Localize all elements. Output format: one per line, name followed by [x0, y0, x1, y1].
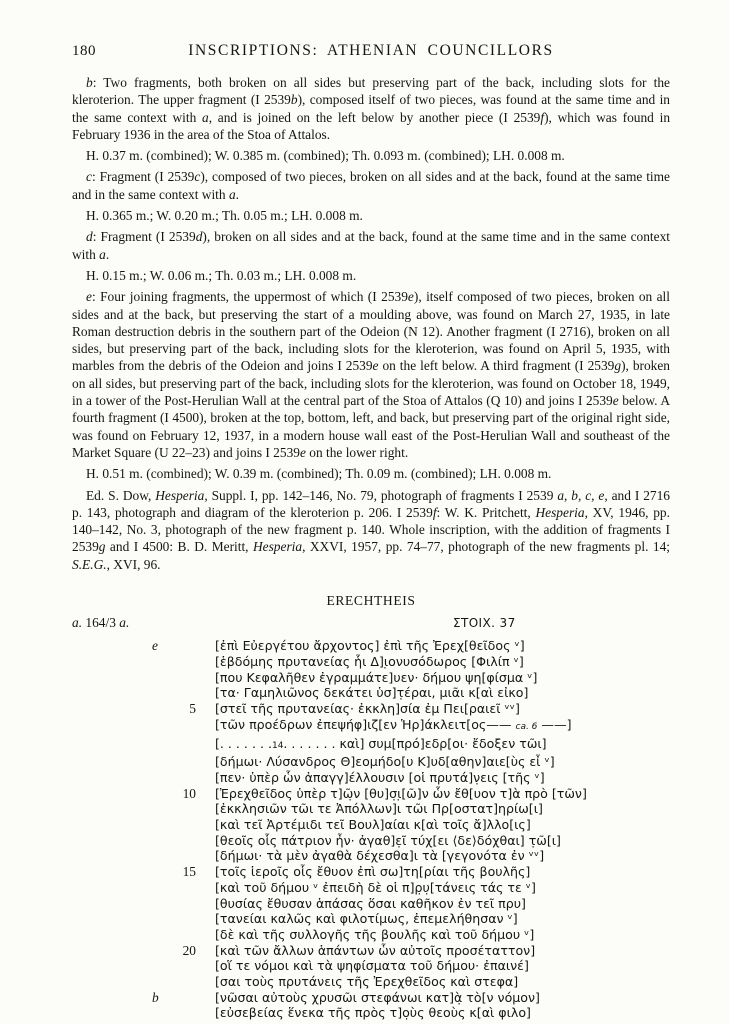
- greek-line-text: [νῶσαι αὐτοὺς χρυσῶι στεφάνωι κατ]ὰ̣ τὸ[…: [215, 990, 540, 1005]
- text-segment: on the left below. A third fragment (I 2…: [379, 358, 615, 373]
- line-number: 15: [158, 864, 196, 880]
- line-number: 20: [158, 943, 196, 959]
- text-segment: b: [86, 75, 93, 90]
- text-segment: : Fragment (I 2539: [93, 229, 196, 244]
- greek-line-text: [τῶν προέδρων ἐπεψήφ]ιζ[εν Ἡρ]άκλειτ[ος—…: [215, 717, 572, 732]
- greek-line: [θεοῖς οἷς πάτριον ἦν· ἀγαθ]ε̣ῖ τύχ[ει ⟨…: [72, 833, 670, 849]
- text-segment: : Fragment (I 2539: [92, 169, 194, 184]
- greek-line: [ἐκκλησιῶν τῶι τε Ἀπόλλων]ι τῶι Πρ[οστατ…: [72, 801, 670, 817]
- text-segment: Hesperia: [535, 505, 584, 520]
- greek-line: [εὐσεβείας ἕνεκα τῆς πρὸς τ]ο̣ὺς θεοὺς κ…: [72, 1005, 670, 1021]
- fragment-e-dimensions: H. 0.51 m. (combined); W. 0.39 m. (combi…: [72, 465, 670, 482]
- fragment-d-dimensions: H. 0.15 m.; W. 0.06 m.; Th. 0.03 m.; LH.…: [72, 267, 670, 284]
- greek-line: 10[Ἐρεχθεῖδος ὑπὲρ τ]ῶ̣ν [θυ]σ̣ι̣[ῶ]ν ὧν…: [72, 786, 670, 802]
- text-segment: a, b, c, e: [557, 488, 604, 503]
- text-segment: [τῶν προέδρων ἐπεψήφ]ιζ[εν Ἡρ]άκλειτ[ος—…: [215, 717, 516, 732]
- greek-line-text: [ἐπὶ Εὐεργέτου ἄρχοντος] ἐπὶ τῆς Ἐρεχ[θε…: [215, 638, 525, 653]
- greek-line: e[ἐπὶ Εὐεργέτου ἄρχοντος] ἐπὶ τῆς Ἐρεχ[θ…: [72, 638, 670, 654]
- greek-line: [καὶ τεῖ Ἀρτέμιδι τεῖ Βουλ]αίαι κ[αὶ τοῖ…: [72, 817, 670, 833]
- greek-line-text: [οἵ τε νόμοι καὶ τὰ ψηφίσματα τοῦ δήμου·…: [215, 958, 529, 973]
- greek-line: [οἵ τε νόμοι καὶ τὰ ψηφίσματα τοῦ δήμου·…: [72, 958, 670, 974]
- inscription-meta-row: a. 164/3 a. ΣΤΟΙΧ. 37: [72, 614, 670, 631]
- greek-line-text: [θεοῖς οἷς πάτριον ἦν· ἀγαθ]ε̣ῖ τύχ[ει ⟨…: [215, 833, 561, 848]
- greek-line: [δὲ καὶ τῆς συλλογῆς τῆς βουλῆς καὶ τοῦ …: [72, 927, 670, 943]
- text-segment: ca. 6: [516, 722, 538, 732]
- greek-line: [ἑβδόμης πρυτανείας ἧι Δ]ι̣ονυσόδωρος [Φ…: [72, 654, 670, 670]
- greek-text-block: e[ἐπὶ Εὐεργέτου ἄρχοντος] ἐπὶ τῆς Ἐρεχ[θ…: [72, 638, 670, 1021]
- text-segment: a.: [119, 615, 129, 630]
- greek-line: [δήμωι· τὰ μὲν ἀγαθὰ δέχεσθα]ι τὰ [γεγον…: [72, 848, 670, 864]
- greek-line: [σαι τοὺς πρυτάνεις τῆς Ἐρεχθεῖδος καὶ σ…: [72, 974, 670, 990]
- fragment-b-description: b: Two fragments, both broken on all sid…: [72, 74, 670, 143]
- line-number: 10: [158, 786, 196, 802]
- text-segment: .: [106, 247, 109, 262]
- text-segment: b: [291, 92, 298, 107]
- text-segment: , XVI, 96.: [107, 557, 161, 572]
- greek-line-text: [που Κεφαλῆθεν ἐγραμμάτε]υεν· δήμου ψη[φ…: [215, 670, 537, 685]
- greek-line: [θυσίας ἔθυσαν ἁπάσας ὅσαι καθῆκον ἐν τε…: [72, 896, 670, 912]
- greek-line: 20[καὶ τῶν ἄλλων ἁπάντων ὧν αὐτοῖς προσέ…: [72, 943, 670, 959]
- text-segment: : Four joining fragments, the uppermost …: [92, 289, 408, 304]
- greek-line: 5[στεῖ τῆς πρυτανείας· ἐκκλη]σία ἐμ Πει[…: [72, 701, 670, 717]
- greek-line: [τα· Γαμηλιῶνος δεκάτει ὑσ]τ̣έραι, μιᾶι …: [72, 685, 670, 701]
- greek-line-text: [ἑβδόμης πρυτανείας ἧι Δ]ι̣ονυσόδωρος [Φ…: [215, 654, 524, 669]
- greek-line-text: [ἐκκλησιῶν τῶι τε Ἀπόλλων]ι τῶι Πρ[οστατ…: [215, 801, 543, 816]
- greek-line-text: [. . . . . . .14. . . . . . . καὶ] συμ[π…: [215, 736, 547, 751]
- greek-line: b[νῶσαι αὐτοὺς χρυσῶι στεφάνωι κατ]ὰ̣ τὸ…: [72, 990, 670, 1006]
- text-segment: .: [236, 187, 239, 202]
- text-segment: , Suppl. I, pp. 142–146, No. 79, photogr…: [204, 488, 557, 503]
- greek-line-text: [δήμωι· τὰ μὲν ἀγαθὰ δέχεσθα]ι τὰ [γεγον…: [215, 848, 544, 863]
- fragment-marker: e: [152, 638, 158, 654]
- greek-line-text: [καὶ τοῦ δήμου ᵛ ἐπειδὴ δὲ οἱ π]ρ̣υ̣[τάν…: [215, 880, 536, 895]
- greek-line-text: [καὶ τεῖ Ἀρτέμιδι τεῖ Βουλ]αίαι κ[αὶ τοῖ…: [215, 817, 531, 832]
- greek-line: [τῶν προέδρων ἐπεψήφ]ιζ[εν Ἡρ]άκλειτ[ος—…: [72, 717, 670, 736]
- text-segment: and I 4500: B. D. Meritt,: [105, 539, 253, 554]
- greek-line-text: [δὲ καὶ τῆς συλλογῆς τῆς βουλῆς καὶ τοῦ …: [215, 927, 534, 942]
- greek-line-text: [δήμωι· Λύσανδρος Θ]εομήδο[υ Κ]υδ[αθην]α…: [215, 754, 555, 769]
- text-segment: ——]: [537, 717, 571, 732]
- greek-line-text: [θυσίας ἔθυσαν ἁπάσας ὅσαι καθῆκον ἐν τε…: [215, 896, 526, 911]
- fragment-b-dimensions: H. 0.37 m. (combined); W. 0.385 m. (comb…: [72, 147, 670, 164]
- greek-line-text: [τανείαι καλῶς καὶ φιλοτίμως, ἐπεμελήθησ…: [215, 911, 518, 926]
- greek-line-text: [στεῖ τῆς πρυτανείας· ἐκκλη]σία ἐμ Πει[ρ…: [215, 701, 520, 716]
- text-segment: Hesperia: [253, 539, 302, 554]
- text-segment: a.: [72, 615, 82, 630]
- fragment-d-description: d: Fragment (I 2539d), broken on all sid…: [72, 228, 670, 263]
- text-segment: , and is joined on the left below by ano…: [209, 110, 541, 125]
- line-number: 5: [158, 701, 196, 717]
- running-header: INSCRIPTIONS: ATHENIAN COUNCILLORS: [72, 42, 670, 60]
- fragment-e-description: e: Four joining fragments, the uppermost…: [72, 288, 670, 461]
- text-segment: 164/3: [82, 615, 119, 630]
- fragment-marker: b: [152, 990, 159, 1006]
- text-segment: Ed. S. Dow,: [86, 488, 155, 503]
- fragment-c-dimensions: H. 0.365 m.; W. 0.20 m.; Th. 0.05 m.; LH…: [72, 207, 670, 224]
- greek-line: [που Κεφαλῆθεν ἐγραμμάτε]υεν· δήμου ψη[φ…: [72, 670, 670, 686]
- edition-note: Ed. S. Dow, Hesperia, Suppl. I, pp. 142–…: [72, 487, 670, 573]
- greek-line: [πεν· ὑπὲρ ὧν ἀπαγγ]έλλουσιν [οἱ πρυτά]ν…: [72, 770, 670, 786]
- greek-line-text: [Ἐρεχθεῖδος ὑπὲρ τ]ῶ̣ν [θυ]σ̣ι̣[ῶ]ν ὧν ἔ…: [215, 786, 587, 801]
- text-segment: S.E.G.: [72, 557, 107, 572]
- page: 180 INSCRIPTIONS: ATHENIAN COUNCILLORS b…: [0, 0, 729, 1024]
- greek-line-text: [καὶ τῶν ἄλλων ἁπάντων ὧν αὐτοῖς προσέτα…: [215, 943, 535, 958]
- page-header: 180 INSCRIPTIONS: ATHENIAN COUNCILLORS: [72, 42, 670, 62]
- text-segment: [. . . . . . .: [215, 736, 272, 751]
- date-label: a. 164/3 a.: [72, 615, 129, 630]
- greek-line: 15[τοῖς ἱεροῖς οἷς ἔθυον ἐπὶ σω]τη[ρίαι …: [72, 864, 670, 880]
- inscription-heading: ERECHTHEIS: [72, 592, 670, 609]
- text-segment: : W. K. Pritchett,: [437, 505, 536, 520]
- text-segment: d: [86, 229, 93, 244]
- greek-line-text: [πεν· ὑπὲρ ὧν ἀπαγγ]έλλουσιν [οἱ πρυτά]ν…: [215, 770, 545, 785]
- greek-line-text: [σαι τοὺς πρυτάνεις τῆς Ἐρεχθεῖδος καὶ σ…: [215, 974, 518, 989]
- text-segment: a: [202, 110, 209, 125]
- text-segment: Hesperia: [155, 488, 204, 503]
- page-number: 180: [72, 43, 96, 60]
- greek-line: [δήμωι· Λύσανδρος Θ]εομήδο[υ Κ]υδ[αθην]α…: [72, 754, 670, 770]
- text-segment: , XXVI, 1957, pp. 74–77, photograph of t…: [302, 539, 670, 554]
- text-segment: . . . . . . . καὶ] συμ[πρό]εδρ[οι· ἔδοξε…: [283, 736, 546, 751]
- greek-line: [. . . . . . .14. . . . . . . καὶ] συμ[π…: [72, 736, 670, 755]
- greek-line-text: [τοῖς ἱεροῖς οἷς ἔθυον ἐπὶ σω]τη[ρίαι τῆ…: [215, 864, 530, 879]
- stoichedon-label: ΣΤΟΙΧ. 37: [453, 615, 516, 632]
- text-segment: a: [99, 247, 106, 262]
- text-segment: a: [229, 187, 236, 202]
- greek-line: [καὶ τοῦ δήμου ᵛ ἐπειδὴ δὲ οἱ π]ρ̣υ̣[τάν…: [72, 880, 670, 896]
- greek-line-text: [εὐσεβείας ἕνεκα τῆς πρὸς τ]ο̣ὺς θεοὺς κ…: [215, 1005, 531, 1020]
- greek-line: [τανείαι καλῶς καὶ φιλοτίμως, ἐπεμελήθησ…: [72, 911, 670, 927]
- text-segment: on the lower right.: [306, 445, 408, 460]
- page-content: b: Two fragments, both broken on all sid…: [72, 74, 670, 1021]
- fragment-c-description: c: Fragment (I 2539c), composed of two p…: [72, 168, 670, 203]
- greek-line-text: [τα· Γαμηλιῶνος δεκάτει ὑσ]τ̣έραι, μιᾶι …: [215, 685, 528, 700]
- text-segment: 14: [272, 741, 283, 751]
